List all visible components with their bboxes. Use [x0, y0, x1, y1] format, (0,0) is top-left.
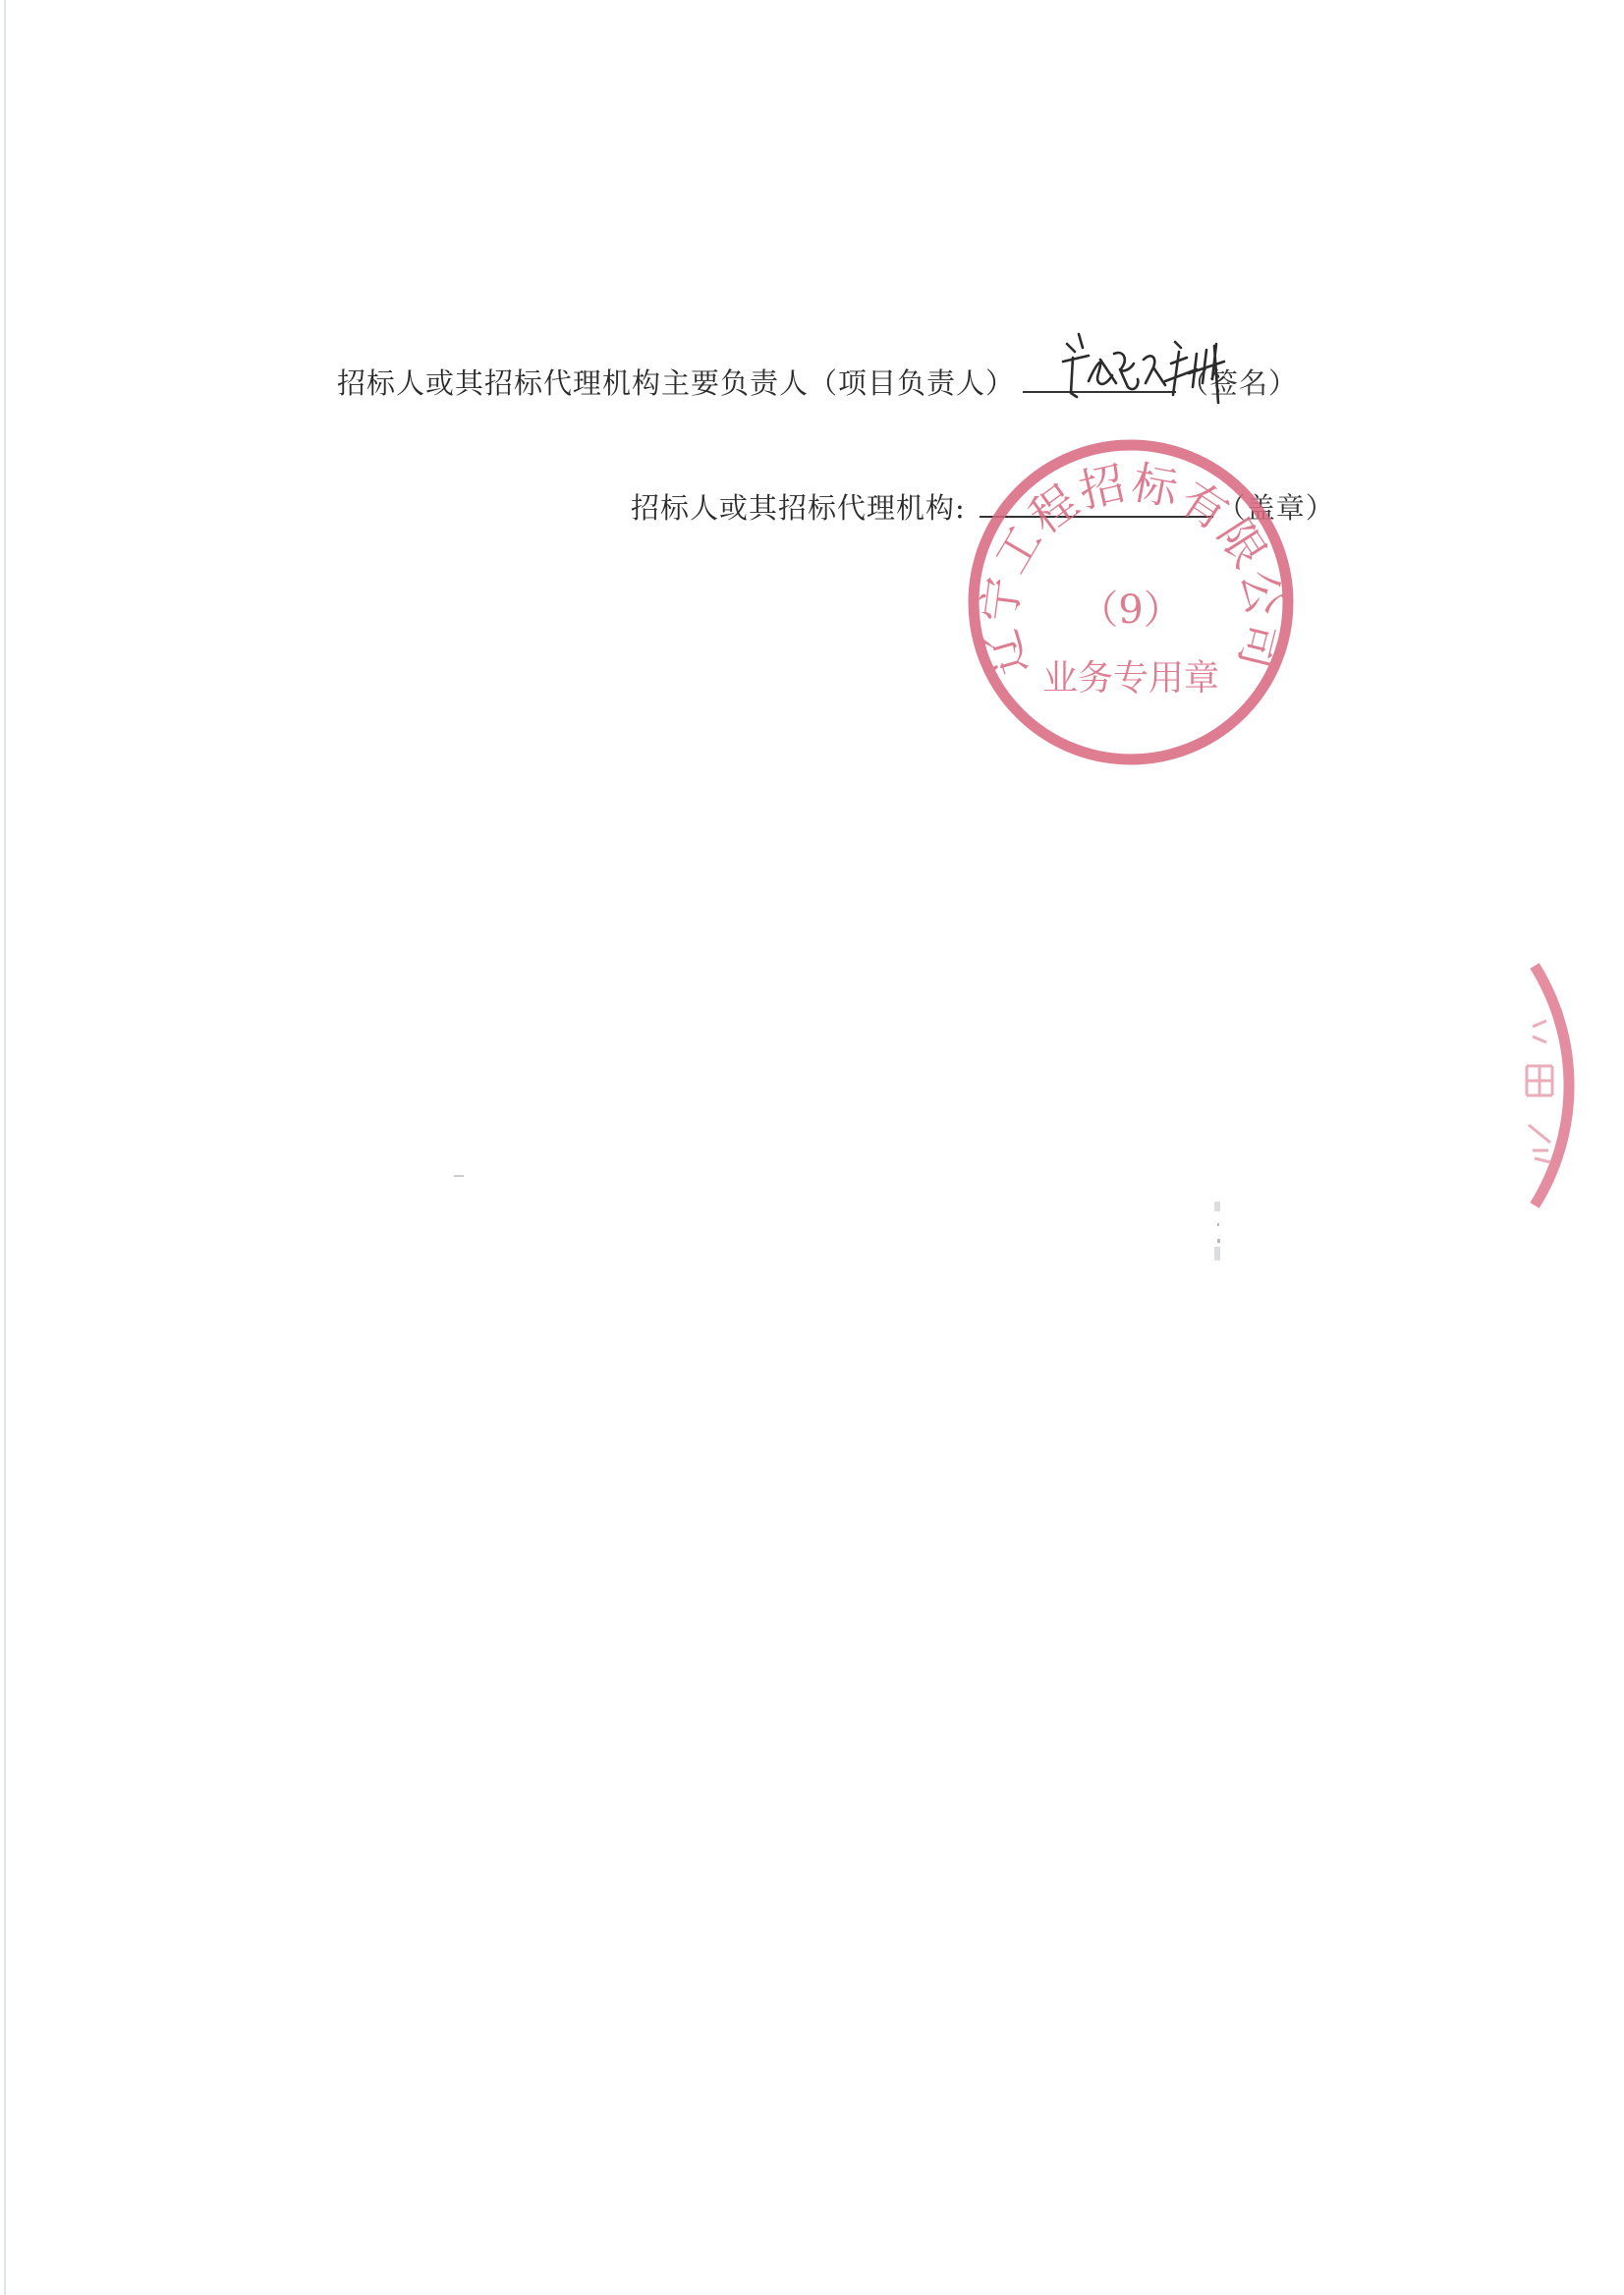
official-seal-icon: 辽宁工程招标有限公司 （9） 业务专用章: [967, 438, 1295, 766]
handwritten-signature-icon: [1049, 324, 1246, 413]
seal-label: 招标人或其招标代理机构:: [631, 491, 966, 525]
scan-edge-line: [4, 0, 6, 2295]
document-page: 招标人或其招标代理机构主要负责人（项目负责人）（签名） 招标人或其招标代理机构:…: [0, 0, 1624, 2295]
seal-number-text: （9）: [1079, 588, 1182, 633]
scan-speck: [454, 1175, 464, 1177]
paging-seal-fragment-icon: [1513, 958, 1624, 1213]
signature-label: 招标人或其招标代理机构主要负责人（项目负责人）: [337, 366, 1015, 400]
seal-purpose-text: 业务专用章: [1042, 658, 1219, 699]
scan-specks: [1208, 1194, 1228, 1272]
